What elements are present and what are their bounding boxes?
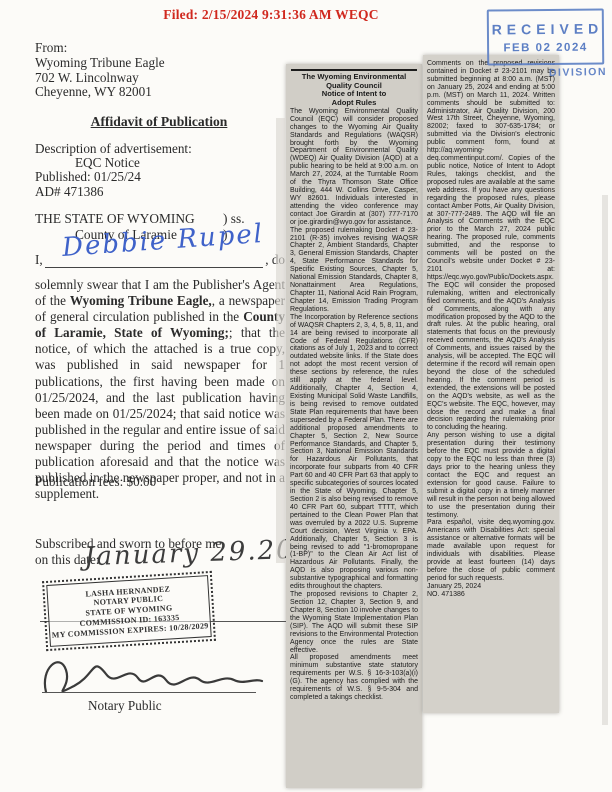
notice-paragraph: The EQC will consider the proposed rulem… xyxy=(427,282,555,433)
notice-clipping-column-1: The Wyoming EnvironmentalQuality Council… xyxy=(286,64,422,788)
received-stamp-division: DIVISION xyxy=(487,66,607,80)
notice-clipping-column-2: Comments on the proposed revisions conta… xyxy=(423,55,559,713)
from-label: From: xyxy=(35,40,67,56)
notice-column2-body: Comments on the proposed revisions conta… xyxy=(427,60,555,583)
affidavit-of-publication-page: Filed: 2/15/2024 9:31:36 AM WEQC RECEIVE… xyxy=(0,0,612,792)
notice-paragraph: Para español, visite deq.wyoming.gov. Am… xyxy=(427,519,555,582)
notice-number-line: NO. 471386 xyxy=(427,591,555,599)
notice-paragraph: Any person wishing to use a digital pres… xyxy=(427,432,555,519)
notice-paragraph: The proposed rulemaking Docket # 23-2101… xyxy=(290,227,418,314)
notary-public-label: Notary Public xyxy=(88,698,162,714)
scan-artifact-strip xyxy=(276,118,285,563)
notice-paragraph: The Incorporation by Reference sections … xyxy=(290,314,418,591)
filed-timestamp: Filed: 2/15/2024 9:31:36 AM WEQC xyxy=(146,7,396,23)
ad-number: AD# 471386 xyxy=(35,185,192,199)
received-stamp-text: RECEIVED xyxy=(488,20,604,37)
notice-paragraph: All proposed amendments meet minimum sub… xyxy=(290,654,418,702)
affidavit-title: Affidavit of Publication xyxy=(35,114,283,130)
notice-column1-body: The Wyoming Environmental Quality Counci… xyxy=(290,108,418,702)
scan-artifact-strip xyxy=(602,195,608,725)
published-line: Published: 01/25/24 xyxy=(35,170,192,184)
advertisement-description: Description of advertisement: EQC Notice… xyxy=(35,142,192,199)
sender-address-line: Cheyenne, WY 82001 xyxy=(35,85,165,100)
received-stamp: RECEIVED FEB 02 2024 DIVISION xyxy=(487,9,607,79)
sender-address-line: Wyoming Tribune Eagle xyxy=(35,56,165,71)
description-value: EQC Notice xyxy=(35,156,192,170)
state-label: THE STATE OF WYOMING xyxy=(35,211,195,226)
notice-date-line: January 25, 2024 xyxy=(427,583,555,591)
notary-stamp: LASHA HERNANDEZNOTARY PUBLICSTATE OF WYO… xyxy=(46,575,211,647)
received-stamp-box: RECEIVED FEB 02 2024 xyxy=(487,8,604,65)
notice-headline-line: Adopt Rules xyxy=(290,99,418,108)
i-label: I, xyxy=(35,252,43,268)
notice-paragraph: The proposed revisions to Chapter 2, Sec… xyxy=(290,591,418,654)
received-stamp-date: FEB 02 2024 xyxy=(503,41,587,54)
notice-paragraph: The Wyoming Environmental Quality Counci… xyxy=(290,108,418,227)
notary-signature-rule xyxy=(42,692,256,693)
clipping-top-rule xyxy=(291,69,417,71)
notice-headline: The Wyoming EnvironmentalQuality Council… xyxy=(290,73,418,108)
description-label: Description of advertisement: xyxy=(35,142,192,156)
publication-fees: Publication fees: $0.00 xyxy=(35,474,156,490)
notary-signature xyxy=(36,648,266,698)
sender-address-line: 702 W. Lincolnway xyxy=(35,71,165,86)
sender-address: Wyoming Tribune Eagle702 W. LincolnwayCh… xyxy=(35,56,165,100)
affidavit-body: solemnly swear that I am the Publisher's… xyxy=(35,277,285,502)
notice-paragraph: Comments on the proposed revisions conta… xyxy=(427,60,555,282)
newspaper-name-bold: Wyoming Tribune Eagle, xyxy=(70,293,212,308)
